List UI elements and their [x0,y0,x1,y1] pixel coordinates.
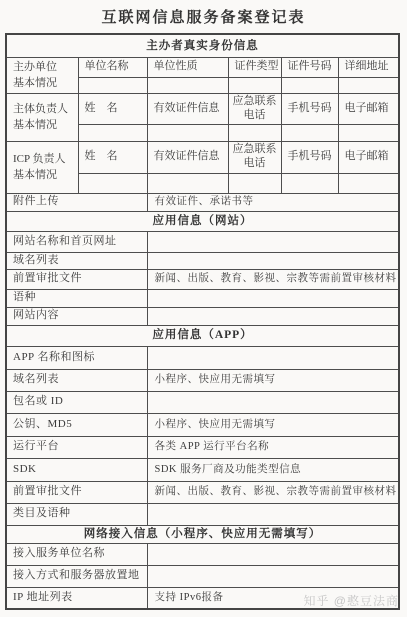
section-header-network: 网络接入信息（小程序、快应用无需填写） [6,525,399,543]
mobile-cell: 手机号码 [281,141,338,173]
row-value-cell: SDK 服务厂商及功能类型信息 [147,458,399,481]
table-row: 包名或 ID [6,391,399,413]
row-value-cell: 新闻、出版、教育、影视、宗教等需前置审核材料 [147,269,399,289]
email-cell: 电子邮箱 [338,93,399,124]
table-row: 前置审批文件 新闻、出版、教育、影视、宗教等需前置审核材料 [6,269,399,289]
sponsor-unit-label-cell: 主办单位 基本情况 [6,57,78,93]
mobile-cell: 手机号码 [281,93,338,124]
section-header-app: 应用信息（APP） [6,325,399,346]
empty-input-cell [78,77,147,93]
row-label-cell: 接入服务单位名称 [6,543,147,565]
row-value-cell: 小程序、快应用无需填写 [147,413,399,436]
empty-input-cell [147,77,228,93]
empty-input-cell [338,124,399,141]
row-label-cell: 运行平台 [6,436,147,458]
empty-input-cell [147,173,228,193]
unit-name-cell: 单位名称 [78,57,147,77]
empty-input-cell [228,173,281,193]
table-row: 网站名称和首页网址 [6,231,399,252]
row-label-cell: 前置审批文件 [6,481,147,503]
address-cell: 详细地址 [338,57,399,77]
row-label-cell: SDK [6,458,147,481]
table-row: 域名列表 [6,252,399,269]
row-label-cell: 前置审批文件 [6,269,147,289]
row-label-cell: 类目及语种 [6,503,147,525]
zhihu-watermark: 知乎 @憨豆法商 [303,592,399,609]
icp-principal-label-cell: ICP 负责人 基本情况 [6,141,78,193]
section-header-identity: 主办者真实身份信息 [6,34,399,57]
table-row: 接入服务单位名称 [6,543,399,565]
row-label-cell: 公钥、MD5 [6,413,147,436]
name-cell: 姓 名 [78,141,147,173]
table-row: 网络接入信息（小程序、快应用无需填写） [6,525,399,543]
attachment-value-cell: 有效证件、承诺书等 [147,193,399,211]
table-row: 前置审批文件 新闻、出版、教育、影视、宗教等需前置审核材料 [6,481,399,503]
table-row: ICP 负责人 基本情况 姓 名 有效证件信息 应急联系 电话 手机号码 电子邮… [6,141,399,173]
section-header-website: 应用信息（网站） [6,211,399,231]
row-value-cell: 小程序、快应用无需填写 [147,369,399,391]
row-value-cell: 各类 APP 运行平台名称 [147,436,399,458]
table-row: APP 名称和图标 [6,346,399,369]
table-row: 附件上传 有效证件、承诺书等 [6,193,399,211]
empty-input-cell [228,124,281,141]
row-value-cell [147,289,399,307]
table-row: 应用信息（APP） [6,325,399,346]
principal-label-cell: 主体负责人 基本情况 [6,93,78,141]
empty-input-cell [338,77,399,93]
table-row: 主体负责人 基本情况 姓 名 有效证件信息 应急联系 电话 手机号码 电子邮箱 [6,93,399,124]
row-value-cell [147,543,399,565]
row-label-cell: 接入方式和服务器放置地 [6,565,147,587]
row-label-cell: 语种 [6,289,147,307]
emergency-phone-cell: 应急联系 电话 [228,93,281,124]
table-row: 运行平台 各类 APP 运行平台名称 [6,436,399,458]
email-cell: 电子邮箱 [338,141,399,173]
row-value-cell [147,565,399,587]
table-row: 公钥、MD5 小程序、快应用无需填写 [6,413,399,436]
table-row: SDK SDK 服务厂商及功能类型信息 [6,458,399,481]
row-value-cell [147,391,399,413]
table-row: 域名列表 小程序、快应用无需填写 [6,369,399,391]
row-label-cell: APP 名称和图标 [6,346,147,369]
row-value-cell: 新闻、出版、教育、影视、宗教等需前置审核材料 [147,481,399,503]
row-label-cell: 网站名称和首页网址 [6,231,147,252]
empty-input-cell [78,173,147,193]
row-label-cell: 域名列表 [6,252,147,269]
empty-input-cell [338,173,399,193]
attachment-label-cell: 附件上传 [6,193,147,211]
table-row: 主办单位 基本情况 单位名称 单位性质 证件类型 证件号码 详细地址 [6,57,399,77]
table-row: 网站内容 [6,307,399,325]
row-label-cell: IP 地址列表 [6,587,147,609]
empty-input-cell [228,77,281,93]
filing-form-table: 主办者真实身份信息 主办单位 基本情况 单位名称 单位性质 证件类型 证件号码 … [5,33,400,610]
table-row: 语种 [6,289,399,307]
empty-input-cell [281,124,338,141]
row-value-cell [147,252,399,269]
cert-info-cell: 有效证件信息 [147,141,228,173]
scanned-form-page: 互联网信息服务备案登记表 主办者真实身份信息 主办单位 基本情况 单位名称 单位… [0,0,407,617]
row-value-cell [147,503,399,525]
cert-info-cell: 有效证件信息 [147,93,228,124]
empty-input-cell [281,77,338,93]
row-label-cell: 域名列表 [6,369,147,391]
row-label-cell: 网站内容 [6,307,147,325]
cert-type-cell: 证件类型 [228,57,281,77]
row-value-cell [147,346,399,369]
emergency-phone-cell: 应急联系 电话 [228,141,281,173]
empty-input-cell [147,124,228,141]
table-row: 应用信息（网站） [6,211,399,231]
row-label-cell: 包名或 ID [6,391,147,413]
row-value-cell [147,231,399,252]
cert-number-cell: 证件号码 [281,57,338,77]
table-row: 接入方式和服务器放置地 [6,565,399,587]
page-title: 互联网信息服务备案登记表 [0,6,407,27]
empty-input-cell [281,173,338,193]
table-row: 主办者真实身份信息 [6,34,399,57]
row-value-cell [147,307,399,325]
unit-type-cell: 单位性质 [147,57,228,77]
name-cell: 姓 名 [78,93,147,124]
empty-input-cell [78,124,147,141]
table-row: 类目及语种 [6,503,399,525]
